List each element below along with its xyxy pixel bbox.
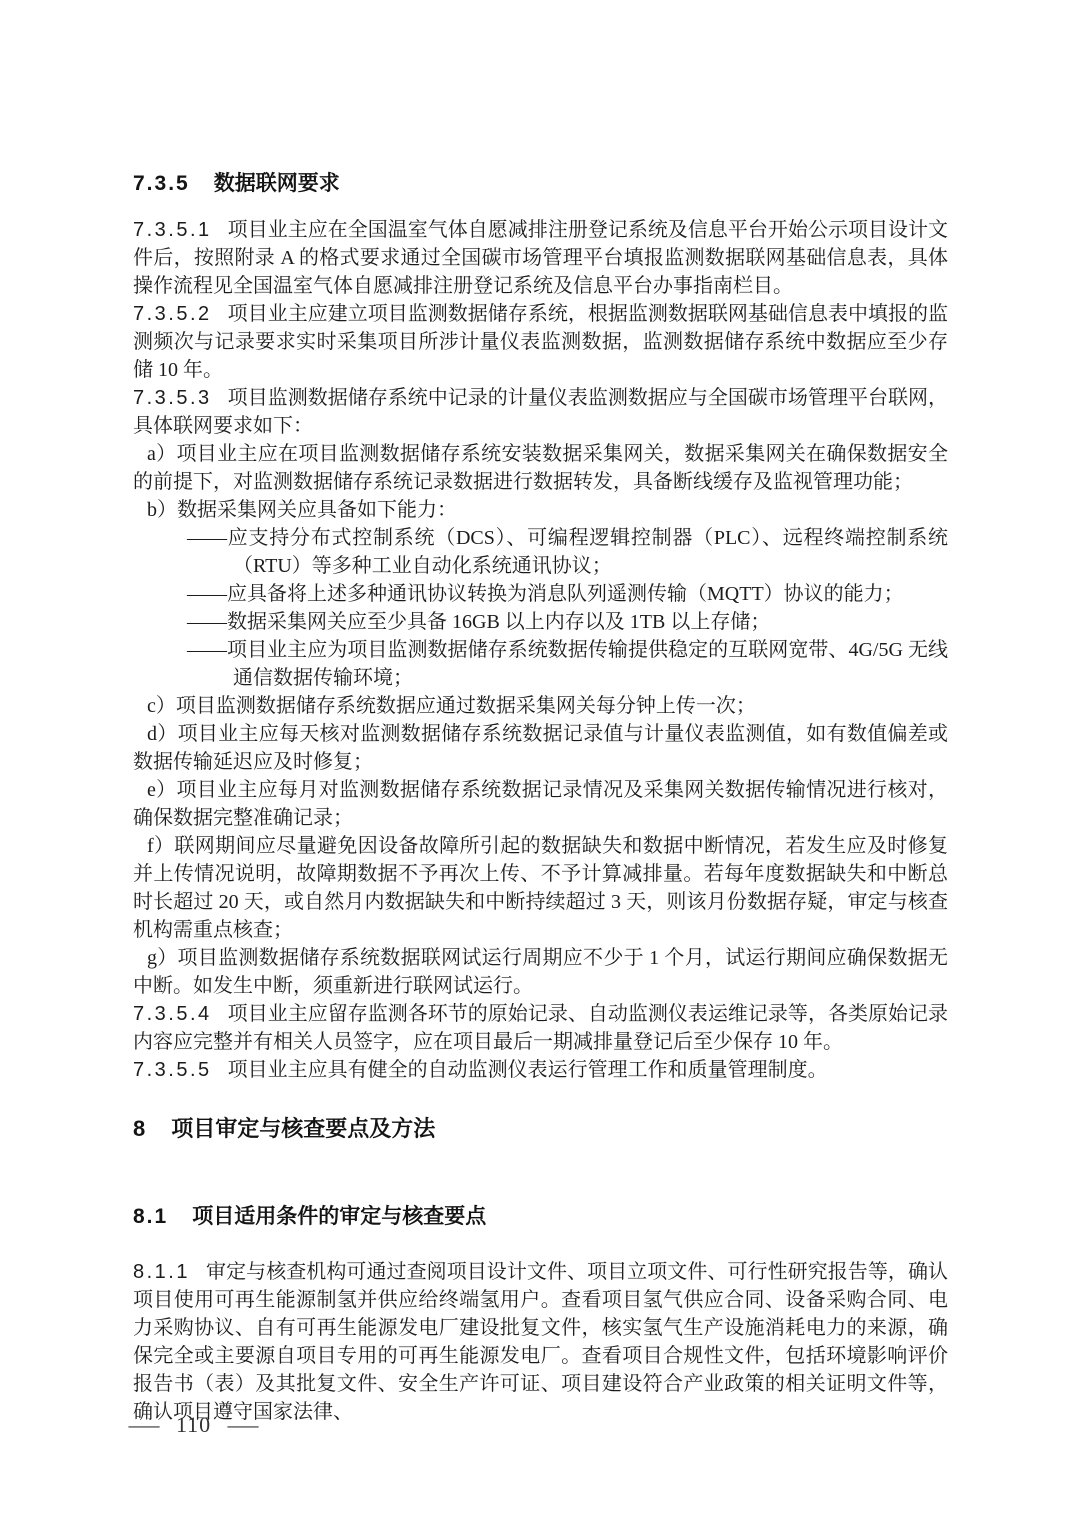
text-run: 项目业主应留存监测各环节的原始记录、自动监测仪表运维记录等，各类原始记录内容应完…	[133, 1003, 948, 1053]
list-item-d: d）项目业主应每天核对监测数据储存系统数据记录值与计量仪表监测值，如有数值偏差或…	[133, 720, 948, 776]
clause-7.3.5.5: 7.3.5.5项目业主应具有健全的自动监测仪表运行管理工作和质量管理制度。	[133, 1056, 948, 1084]
text-run: d）项目业主应每天核对监测数据储存系统数据记录值与计量仪表监测值，如有数值偏差或…	[133, 723, 948, 773]
text-run: 数据联网要求	[214, 172, 340, 195]
footer-dash-right: —	[228, 1412, 259, 1438]
text-run: ——数据采集网关应至少具备 16GB 以上内存以及 1TB 以上存储；	[187, 611, 770, 633]
clause-number: 7.3.5.2	[133, 303, 212, 325]
text-run: a）项目业主应在项目监测数据储存系统安装数据采集网关，数据采集网关在确保数据安全…	[133, 443, 948, 493]
document-body: 7.3.5数据联网要求7.3.5.1项目业主应在全国温室气体自愿减排注册登记系统…	[133, 170, 948, 1426]
clause-7.3.5.2: 7.3.5.2项目业主应建立项目监测数据储存系统，根据监测数据联网基础信息表中填…	[133, 300, 948, 384]
text-run: f）联网期间应尽量避免因设备故障所引起的数据缺失和数据中断情况，若发生应及时修复…	[133, 835, 948, 941]
dash-list-item: ——应具备将上述多种通讯协议转换为消息队列遥测传输（MQTT）协议的能力；	[233, 580, 948, 608]
clause-8.1.1: 8.1.1审定与核查机构可通过查阅项目设计文件、项目立项文件、可行性研究报告等，…	[133, 1258, 948, 1426]
heading-8.1: 8.1项目适用条件的审定与核查要点	[133, 1202, 948, 1232]
text-run: 项目业主应建立项目监测数据储存系统，根据监测数据联网基础信息表中填报的监测频次与…	[133, 303, 948, 381]
clause-number: 8.1.1	[133, 1261, 190, 1283]
text-run: 项目业主应在全国温室气体自愿减排注册登记系统及信息平台开始公示项目设计文件后，按…	[133, 219, 948, 297]
text-run: 项目监测数据储存系统中记录的计量仪表监测数据应与全国碳市场管理平台联网，具体联网…	[133, 387, 948, 437]
clause-number: 8	[133, 1116, 147, 1141]
clause-7.3.5.1: 7.3.5.1项目业主应在全国温室气体自愿减排注册登记系统及信息平台开始公示项目…	[133, 216, 948, 300]
list-item-c: c）项目监测数据储存系统数据应通过数据采集网关每分钟上传一次；	[133, 692, 948, 720]
list-item-g: g）项目监测数据储存系统数据联网试运行周期应不少于 1 个月，试运行期间应确保数…	[133, 944, 948, 1000]
text-run: ——应具备将上述多种通讯协议转换为消息队列遥测传输（MQTT）协议的能力；	[187, 583, 904, 605]
text-run: 项目适用条件的审定与核查要点	[192, 1205, 486, 1228]
clause-number: 7.3.5.5	[133, 1059, 212, 1081]
text-run: ——项目业主应为项目监测数据储存系统数据传输提供稳定的互联网宽带、4G/5G 无…	[187, 639, 948, 689]
page-footer: — 110 —	[133, 1412, 254, 1438]
list-item-e: e）项目业主应每月对监测数据储存系统数据记录情况及采集网关数据传输情况进行核对，…	[133, 776, 948, 832]
text-run: 项目审定与核查要点及方法	[171, 1116, 435, 1141]
list-item-f: f）联网期间应尽量避免因设备故障所引起的数据缺失和数据中断情况，若发生应及时修复…	[133, 832, 948, 944]
text-run: g）项目监测数据储存系统数据联网试运行周期应不少于 1 个月，试运行期间应确保数…	[133, 947, 948, 997]
document-page: 7.3.5数据联网要求7.3.5.1项目业主应在全国温室气体自愿减排注册登记系统…	[0, 0, 1080, 1527]
clause-number: 7.3.5.4	[133, 1003, 212, 1025]
dash-list-item: ——应支持分布式控制系统（DCS）、可编程逻辑控制器（PLC）、远程终端控制系统…	[233, 524, 948, 580]
clause-7.3.5.3: 7.3.5.3项目监测数据储存系统中记录的计量仪表监测数据应与全国碳市场管理平台…	[133, 384, 948, 440]
list-item-b: b）数据采集网关应具备如下能力：	[133, 496, 948, 524]
dash-list-item: ——项目业主应为项目监测数据储存系统数据传输提供稳定的互联网宽带、4G/5G 无…	[233, 636, 948, 692]
footer-dash-left: —	[129, 1412, 160, 1438]
heading-7.3.5: 7.3.5数据联网要求	[133, 170, 948, 198]
clause-number: 7.3.5	[133, 172, 190, 195]
text-run: c）项目监测数据储存系统数据应通过数据采集网关每分钟上传一次；	[147, 695, 756, 717]
text-run: b）数据采集网关应具备如下能力：	[147, 499, 457, 521]
text-run: e）项目业主应每月对监测数据储存系统数据记录情况及采集网关数据传输情况进行核对，…	[133, 779, 948, 829]
text-run: 审定与核查机构可通过查阅项目设计文件、项目立项文件、可行性研究报告等，确认项目使…	[133, 1261, 948, 1423]
text-run: ——应支持分布式控制系统（DCS）、可编程逻辑控制器（PLC）、远程终端控制系统…	[187, 527, 948, 577]
list-item-a: a）项目业主应在项目监测数据储存系统安装数据采集网关，数据采集网关在确保数据安全…	[133, 440, 948, 496]
clause-number: 7.3.5.3	[133, 387, 212, 409]
clause-number: 8.1	[133, 1205, 168, 1228]
heading-8: 8项目审定与核查要点及方法	[133, 1114, 948, 1144]
clause-7.3.5.4: 7.3.5.4项目业主应留存监测各环节的原始记录、自动监测仪表运维记录等，各类原…	[133, 1000, 948, 1056]
dash-list-item: ——数据采集网关应至少具备 16GB 以上内存以及 1TB 以上存储；	[233, 608, 948, 636]
text-run: 项目业主应具有健全的自动监测仪表运行管理工作和质量管理制度。	[228, 1059, 828, 1081]
clause-number: 7.3.5.1	[133, 219, 212, 241]
page-number: 110	[176, 1412, 211, 1438]
